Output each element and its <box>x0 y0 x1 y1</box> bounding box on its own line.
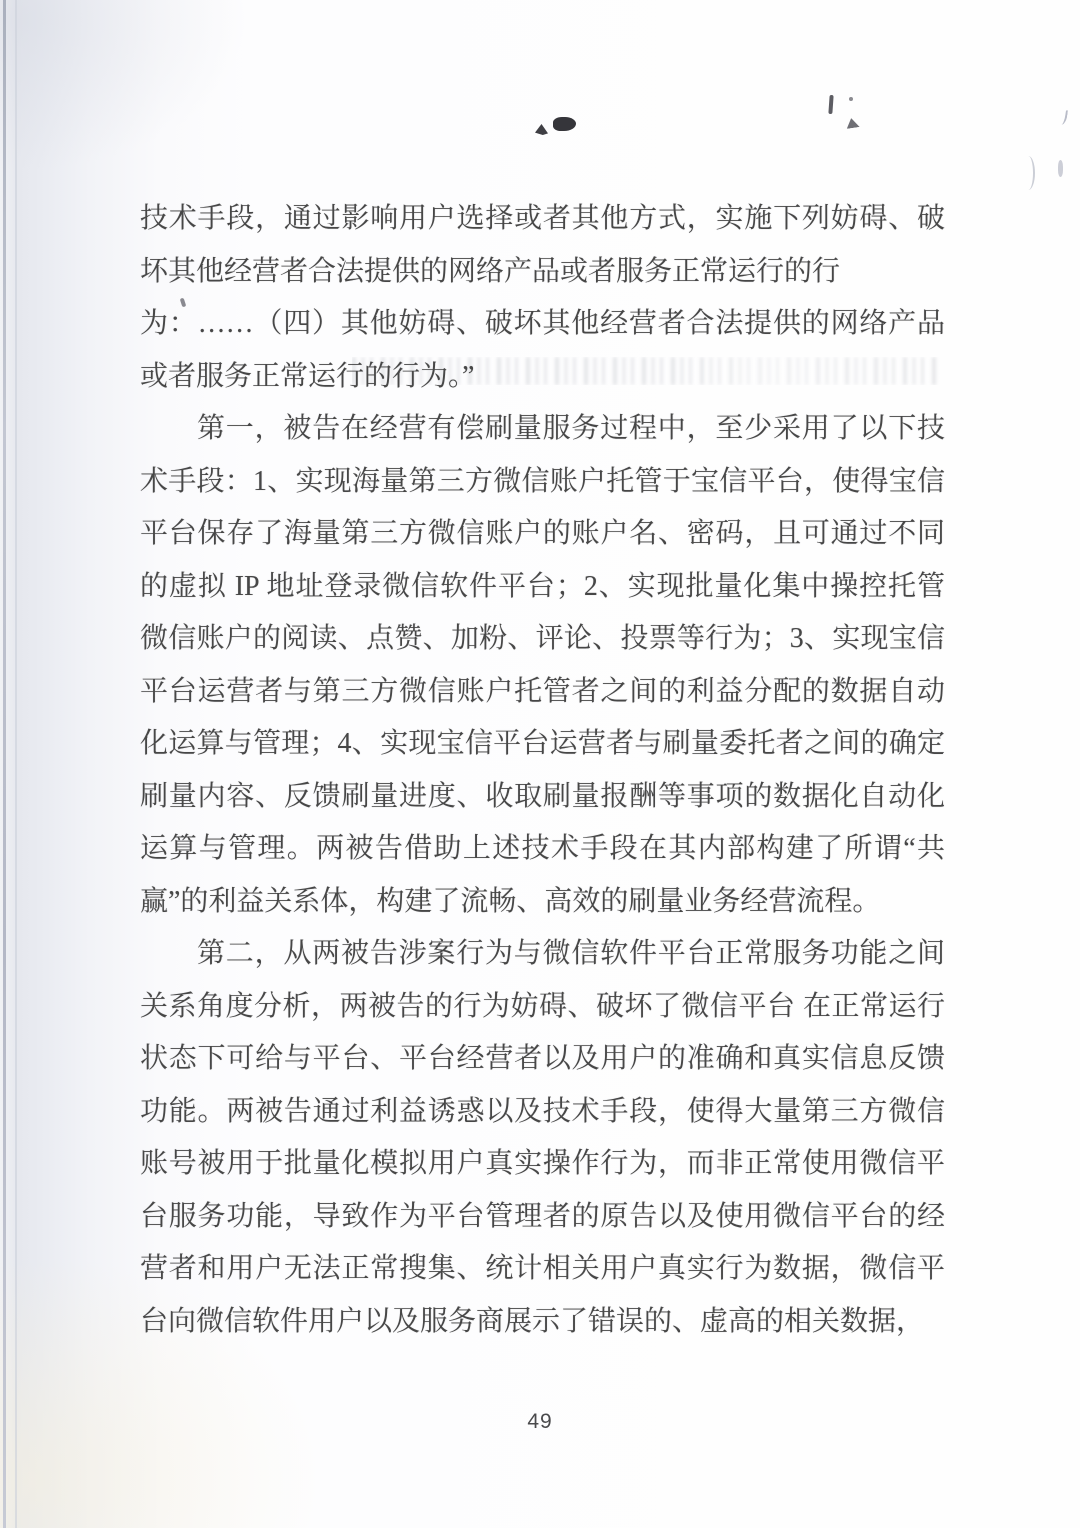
ink-triangle-mark <box>845 117 859 129</box>
document-body-text: 技术手段，通过影响用户选择或者其他方式，实施下列妨碍、破坏其他经营者合法提供的网… <box>140 193 945 1348</box>
text-line: 营者和用户无法正常搜集、统计相关用户真实行为数据，微信平 <box>140 1243 945 1296</box>
text-line: 功能。两被告通过利益诱惑以及技术手段，使得大量第三方微信 <box>140 1086 945 1139</box>
text-line: 账号被用于批量化模拟用户真实操作行为，而非正常使用微信平 <box>140 1138 945 1191</box>
scanned-document-page: 技术手段，通过影响用户选择或者其他方式，实施下列妨碍、破坏其他经营者合法提供的网… <box>0 0 1080 1528</box>
text-line: 的虚拟 IP 地址登录微信软件平台；2、实现批量化集中操控托管 <box>140 561 945 614</box>
text-line: 关系角度分析，两被告的行为妨碍、破坏了微信平台 在正常运行 <box>140 981 945 1034</box>
text-line: 或者服务正常运行的行为。” <box>140 351 945 404</box>
text-line: 运算与管理。两被告借助上述技术手段在其内部构建了所谓“共 <box>140 823 945 876</box>
scan-edge-line-inner <box>15 0 17 1528</box>
text-line: 台服务功能，导致作为平台管理者的原告以及使用微信平台的经 <box>140 1191 945 1244</box>
ink-blob-large <box>553 117 576 131</box>
faint-scan-mark-3 <box>1058 160 1063 177</box>
ink-blob-small <box>535 124 548 135</box>
text-line: 术手段：1、实现海量第三方微信账户托管于宝信平台，使得宝信 <box>140 456 945 509</box>
faint-scan-mark-2 <box>1024 156 1035 190</box>
text-line: 化运算与管理；4、实现宝信平台运营者与刷量委托者之间的确定 <box>140 718 945 771</box>
ink-tick-mark <box>828 95 833 114</box>
text-line: 技术手段，通过影响用户选择或者其他方式，实施下列妨碍、破 <box>140 193 945 246</box>
text-line: 微信账户的阅读、点赞、加粉、评论、投票等行为；3、实现宝信 <box>140 613 945 666</box>
text-line: 刷量内容、反馈刷量进度、收取刷量报酬等事项的数据化自动化 <box>140 771 945 824</box>
faint-scan-mark-1 <box>1059 110 1068 126</box>
text-line: 平台运营者与第三方微信账户托管者之间的利益分配的数据自动 <box>140 666 945 719</box>
text-line: 状态下可给与平台、平台经营者以及用户的准确和真实信息反馈 <box>140 1033 945 1086</box>
page-number: 49 <box>0 1410 1080 1434</box>
ink-dot <box>849 97 853 101</box>
scan-edge-line-outer <box>3 0 6 1528</box>
text-line: 第一，被告在经营有偿刷量服务过程中，至少采用了以下技 <box>140 403 945 456</box>
text-line: 坏其他经营者合法提供的网络产品或者服务正常运行的行 <box>140 246 945 299</box>
text-line: 为：……（四）其他妨碍、破坏其他经营者合法提供的网络产品 <box>140 298 945 351</box>
text-line: 平台保存了海量第三方微信账户的账户名、密码，且可通过不同 <box>140 508 945 561</box>
text-line: 台向微信软件用户以及服务商展示了错误的、虚高的相关数据， <box>140 1296 945 1349</box>
text-line: 赢”的利益关系体，构建了流畅、高效的刷量业务经营流程。 <box>140 876 945 929</box>
text-line: 第二，从两被告涉案行为与微信软件平台正常服务功能之间 <box>140 928 945 981</box>
